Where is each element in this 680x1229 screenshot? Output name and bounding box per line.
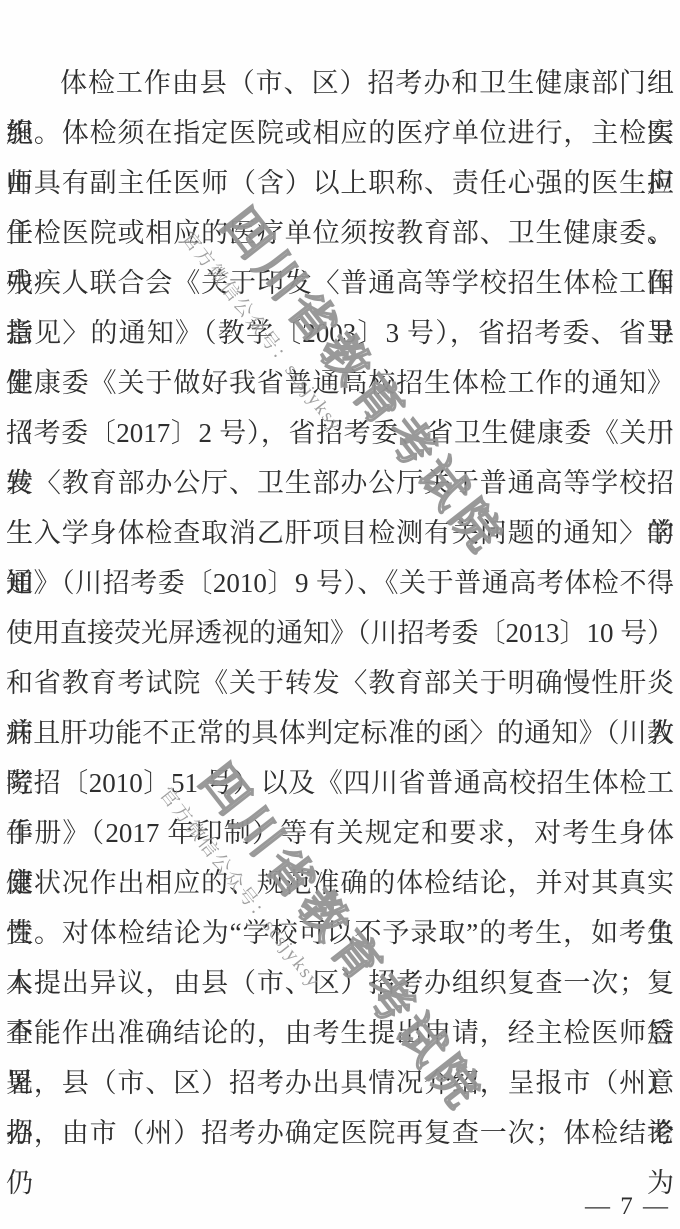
paragraph-line: 知》（川招考委〔2010〕9 号）、《关于普通高考体检不得 [6, 558, 674, 608]
paragraph-line: 不能作出准确结论的，由考生提出申请，经主检医师签署意 [6, 1008, 674, 1058]
paragraph-line: 并且肝功能不正常的具体判定标准的函〉的通知》（川教考 [6, 708, 674, 758]
paragraph-line: 施。体检须在指定医院或相应的医疗单位进行，主检医师应 [6, 108, 674, 158]
paragraph-line: 和省教育考试院《关于转发〈教育部关于明确慢性肝炎病人 [6, 658, 674, 708]
paragraph-line: 由具有副主任医师（含）以上职称、责任心强的医生担任。 [6, 158, 674, 208]
paragraph-line: 人提出异议，由县（市、区）招考办组织复查一次；复查后 [6, 958, 674, 1008]
paragraph-line: 手册》（2017 年印制）等有关规定和要求，对考生身体健 [6, 808, 674, 858]
paragraph-line: 残疾人联合会《关于印发〈普通高等学校招生体检工作指导 [6, 258, 674, 308]
paragraph-line: 体检工作由县（市、区）招考办和卫生健康部门组织实 [6, 58, 674, 108]
paragraph-line: 招考委〔2017〕2 号），省招考委、省卫生健康委《关于转 [6, 408, 674, 458]
paragraph-line: 意见〉的通知》（教学〔2003〕3 号），省招考委、省卫生 [6, 308, 674, 358]
paragraph-line: 使用直接荧光屏透视的通知》（川招考委〔2013〕10 号） [6, 608, 674, 658]
paragraph-line: 办，由市（州）招考办确定医院再复查一次；体检结论仍为 [6, 1108, 674, 1158]
paragraph-line: 院招〔2010〕51 号）以及《四川省普通高校招生体检工作 [6, 758, 674, 808]
paragraph-line: 主检医院或相应的医疗单位须按教育部、卫生健康委、中国 [6, 208, 674, 258]
page-number: — 7 — [585, 1193, 670, 1221]
paragraph-line: 生入学身体检查取消乙肝项目检测有关问题的通知〉的通 [6, 508, 674, 558]
paragraph-line: 责。对体检结论为“学校可以不予录取”的考生，如考生本 [6, 908, 674, 958]
paragraph-line: 健康委《关于做好我省普通高校招生体检工作的通知》（川 [6, 358, 674, 408]
document-page: 四川省教育考试院 官方微信公众号：scsjyksy 四川省教育考试院 官方微信公… [0, 0, 680, 1229]
paragraph-line: 康状况作出相应的、规范准确的体检结论，并对其真实性负 [6, 858, 674, 908]
paragraph-line: 见，县（市、区）招考办出具情况介绍，呈报市（州）招考 [6, 1058, 674, 1108]
paragraph-line: 发〈教育部办公厅、卫生部办公厅关于普通高等学校招生学 [6, 458, 674, 508]
body-paragraph: 体检工作由县（市、区）招考办和卫生健康部门组织实施。体检须在指定医院或相应的医疗… [6, 58, 674, 1158]
